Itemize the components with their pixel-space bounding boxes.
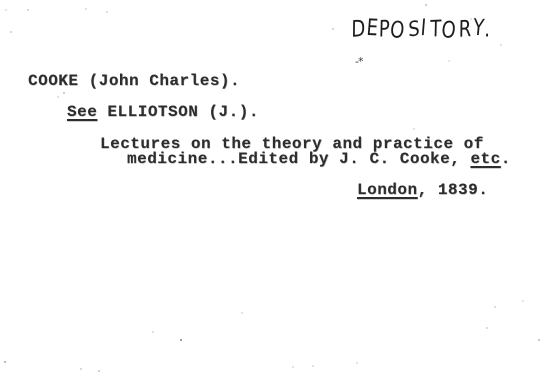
title-line-2: medicine...Edited by J. C. Cooke, etc. [127,150,511,168]
handwritten-depository-annotation: DEPOSITORY. [351,16,492,42]
ink-mark: -* [355,55,362,68]
see-label: See [67,103,97,121]
imprint-line: London, 1839. [357,181,488,199]
title-line-2-period: . [501,150,511,168]
scan-speckles [0,0,2,2]
entry-heading: COOKE (John Charles). [28,72,240,90]
imprint-date: , 1839. [418,181,489,199]
title-line-2-text: medicine...Edited by J. C. Cooke, [127,150,470,168]
see-reference-line: See ELLIOTSON (J.). [67,103,259,121]
see-reference-target: ELLIOTSON (J.). [97,103,259,121]
imprint-place: London [357,181,418,199]
catalog-card: DEPOSITORY. -* COOKE (John Charles). See… [0,0,550,374]
etc-label: etc [470,150,500,168]
